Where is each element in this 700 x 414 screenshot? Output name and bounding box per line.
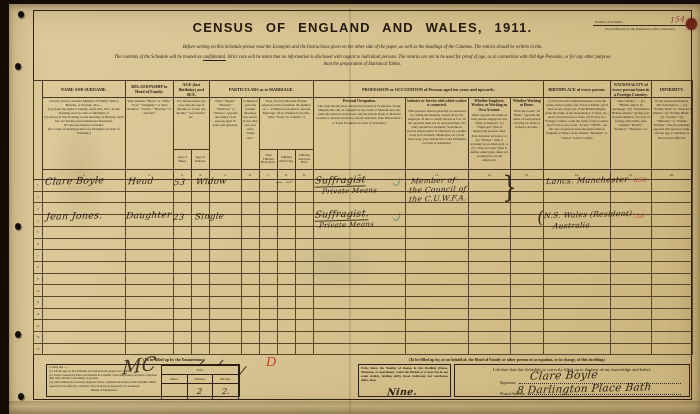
table-row: 8: [33, 261, 692, 273]
instruction-line-1: Before writing on this Schedule please r…: [42, 44, 683, 51]
entry-occupation: Suffragist: [314, 174, 366, 187]
entry-cell: [173, 238, 191, 250]
entry-cell: [259, 261, 277, 273]
entry-cell: [259, 308, 277, 320]
entry-cell: [241, 238, 259, 250]
col-name-desc: of every Person, whether Member of Famil…: [42, 98, 125, 170]
red-check-letter: D: [266, 355, 276, 371]
entry-cell: [259, 250, 277, 262]
group-profession-title: PROFESSION or OCCUPATION of Persons aged…: [313, 81, 543, 98]
entry-cell: [173, 226, 191, 238]
row-number: 4: [33, 215, 42, 227]
bottom-section: (To be filled up by the Enumerator.) I c…: [34, 355, 691, 402]
col-infirmity-title: INFIRMITY.: [651, 81, 692, 98]
entry-cell: [543, 238, 610, 250]
entry-cell: [42, 273, 125, 285]
binder-hole: [18, 393, 24, 400]
rooms-box: Write below the Number of Rooms in this …: [358, 364, 451, 397]
entry-cell: [610, 285, 651, 297]
entry-cell: [313, 296, 405, 308]
entry-cell: [543, 332, 610, 344]
col-children-died-label: Children who have Died.: [295, 150, 313, 170]
entry-cell: [543, 285, 610, 297]
entry-cell: [313, 250, 405, 262]
entry-cell: [259, 320, 277, 332]
entry-cell: [510, 238, 543, 250]
entry-cell: [42, 285, 125, 297]
col-relationship-title: RELATIONSHIP to Head of Family.: [125, 81, 173, 98]
entry-cell: [313, 332, 405, 344]
entry-cell: [295, 180, 313, 192]
schedule-number-box: Number of Schedule. 154 (To be filled up…: [593, 15, 687, 31]
entry-cell: [259, 343, 277, 355]
rooms-count-value: Nine.: [386, 387, 417, 400]
entry-cell: [209, 261, 241, 273]
entry-cell: [277, 296, 295, 308]
table-row: 12: [33, 308, 692, 320]
row-number: 6: [33, 238, 42, 250]
entry-cell: [468, 285, 510, 297]
declaration-section-header: (To be filled up by, or on behalf of, th…: [324, 357, 690, 362]
entry-cell: [468, 261, 510, 273]
entry-cell: [173, 296, 191, 308]
row-number: 7: [33, 250, 42, 262]
entry-cell: [277, 308, 295, 320]
entry-cell: [42, 320, 125, 332]
entry-age: 23: [173, 213, 185, 223]
entry-cell: [191, 320, 209, 332]
bottom-fold-shadow: [9, 401, 700, 414]
entry-cell: [651, 296, 692, 308]
entry-cell: [543, 343, 610, 355]
entry-cell: [241, 296, 259, 308]
group-age-title: AGE (last Birthday) and SEX.: [173, 81, 209, 98]
entry-cell: [241, 332, 259, 344]
entry-cell: [295, 343, 313, 355]
entry-cell: [610, 250, 651, 262]
entry-cell: [125, 285, 173, 297]
schedule-number-value: 154: [670, 14, 685, 25]
row-number: 1: [33, 180, 42, 192]
entry-cell: [405, 215, 468, 227]
entry-cell: [259, 273, 277, 285]
entry-cell: [42, 332, 125, 344]
entry-cell: [405, 285, 468, 297]
entry-cell: [277, 343, 295, 355]
row-number: 11: [33, 296, 42, 308]
enumerator-section-header: (To be filled up by the Enumerator.): [74, 357, 274, 362]
entry-cell: [510, 226, 543, 238]
entry-cell: [209, 285, 241, 297]
entry-cell: [191, 238, 209, 250]
entry-cell: [125, 191, 173, 203]
entry-cell: [651, 273, 692, 285]
entry-cell: [405, 343, 468, 355]
entry-cell: [173, 285, 191, 297]
entry-cell: [209, 191, 241, 203]
instruction-line-2: The contents of the Schedule will be tre…: [42, 54, 683, 61]
entry-cell: [241, 191, 259, 203]
entry-cell: [277, 215, 295, 227]
persons-value: 2.: [221, 387, 230, 396]
entry-cell: [173, 261, 191, 273]
col-infirmity-desc: If any person included in this Schedule …: [651, 98, 692, 170]
entry-cell: [510, 261, 543, 273]
entry-cell: [405, 203, 468, 215]
row-number: 9: [33, 273, 42, 285]
entry-cell: [651, 226, 692, 238]
entry-cell: [610, 226, 651, 238]
entry-occupation-note: Private Means: [322, 186, 378, 195]
signature-label: Signature: [500, 380, 516, 385]
col-nationality-desc: State whether :— (1) “British subject by…: [610, 98, 651, 170]
entry-cell: [405, 296, 468, 308]
entry-cell: [405, 226, 468, 238]
col-at-home-head: Whether Working at Home.Write the words …: [510, 98, 543, 170]
row-number-column-head: [33, 81, 42, 180]
entry-cell: [173, 308, 191, 320]
clerk-code-red: 859: [634, 177, 647, 184]
entry-cell: [468, 343, 510, 355]
entry-cell: [241, 226, 259, 238]
entry-cell: [209, 226, 241, 238]
entry-name: Clare Boyle: [44, 175, 104, 188]
entry-cell: [405, 332, 468, 344]
entry-cell: [173, 250, 191, 262]
entry-cell: [259, 238, 277, 250]
entry-age: 53: [174, 178, 186, 188]
entry-cell: [543, 191, 610, 203]
entry-cell: [259, 332, 277, 344]
entry-cell: [651, 320, 692, 332]
entry-cell: [468, 296, 510, 308]
row-number: 10: [33, 285, 42, 297]
entry-cell: [241, 180, 259, 192]
entry-cell: [191, 296, 209, 308]
entry-cell: [468, 238, 510, 250]
entry-name: Jean Jones.: [45, 210, 103, 223]
entry-cell: [468, 226, 510, 238]
entry-cell: [277, 226, 295, 238]
entry-cell: [651, 215, 692, 227]
entry-cell: [651, 250, 692, 262]
entry-marital-status: Single: [195, 212, 225, 223]
entry-cell: [405, 308, 468, 320]
declaration-box: I declare that this Schedule is correctl…: [454, 364, 690, 397]
schedule-number-note: (To be filled up by the Enumerator after…: [593, 26, 687, 31]
entry-children-dashes: — —: [276, 178, 294, 186]
entry-cell: [295, 238, 313, 250]
entry-cell: [277, 332, 295, 344]
col-birthplace-title: BIRTHPLACE of every person.: [543, 81, 610, 98]
entry-cell: [191, 308, 209, 320]
entry-cell: [241, 285, 259, 297]
entry-cell: [610, 343, 651, 355]
entry-cell: [125, 250, 173, 262]
binder-hole: [15, 223, 21, 230]
entry-cell: [241, 203, 259, 215]
entry-cell: [543, 308, 610, 320]
entry-cell: [277, 191, 295, 203]
entry-cell: [510, 273, 543, 285]
entry-cell: [277, 320, 295, 332]
entry-cell: [543, 273, 610, 285]
col-marital-desc: Write “Single,” “Married,” “Widower,” or…: [209, 98, 241, 170]
entry-cell: [313, 261, 405, 273]
entry-cell: [209, 238, 241, 250]
signature-value: Clare Boyle: [529, 368, 598, 383]
entry-cell: [295, 191, 313, 203]
entry-cell: [543, 250, 610, 262]
entry-cell: [42, 261, 125, 273]
entry-cell: [125, 320, 173, 332]
entry-cell: [295, 285, 313, 297]
entry-cell: [191, 191, 209, 203]
initials-of-enumerator-label: Initials of Enumerator: [49, 389, 159, 393]
census-schedule-scan: CENSUS OF ENGLAND AND WALES, 1911. Numbe…: [0, 0, 700, 414]
entry-cell: [468, 308, 510, 320]
row-number: 12: [33, 308, 42, 320]
entry-cell: [295, 250, 313, 262]
col-name-title: NAME AND SURNAME.: [42, 81, 125, 98]
females-label: Females.: [187, 375, 213, 384]
entry-cell: [468, 215, 510, 227]
entry-cell: [313, 320, 405, 332]
schedule-number-label: Number of Schedule.: [595, 20, 623, 24]
entry-cell: [209, 332, 241, 344]
entry-cell: [468, 250, 510, 262]
entry-cell: [259, 285, 277, 297]
entry-cell: [295, 226, 313, 238]
entry-cell: [241, 273, 259, 285]
entry-cell: [295, 273, 313, 285]
instructions: Before writing on this Schedule please r…: [34, 41, 691, 80]
entry-cell: [610, 238, 651, 250]
entry-cell: [313, 238, 405, 250]
col-ages-females-label: Ages of Females.: [191, 150, 209, 170]
entry-cell: [259, 203, 277, 215]
col-nationality-title: NATIONALITY of every person born in a Fo…: [610, 81, 651, 98]
entry-cell: [405, 238, 468, 250]
entry-cell: [651, 332, 692, 344]
col-birthplace-desc: (1) If born in the United Kingdom, write…: [543, 98, 610, 170]
ink-brace: }: [502, 173, 517, 203]
entry-cell: [42, 250, 125, 262]
entry-cell: [125, 308, 173, 320]
row-number: 8: [33, 261, 42, 273]
entry-cell: [191, 332, 209, 344]
entry-industry-line: the C.U.W.F.A.: [409, 193, 468, 204]
entry-cell: [191, 273, 209, 285]
row-number: 3: [33, 203, 42, 215]
entry-cell: [259, 215, 277, 227]
entry-cell: [173, 343, 191, 355]
entry-cell: [241, 215, 259, 227]
binder-hole: [18, 11, 24, 18]
entry-cell: [277, 285, 295, 297]
entry-cell: [191, 226, 209, 238]
entry-cell: [209, 273, 241, 285]
entry-cell: [42, 191, 125, 203]
binder-hole: [15, 63, 21, 70]
entry-cell: [651, 285, 692, 297]
col-children-living-label: Children still Living.: [277, 150, 295, 170]
table-row: 7: [33, 250, 692, 262]
entry-cell: [241, 320, 259, 332]
entry-cell: [610, 332, 651, 344]
entry-cell: [543, 261, 610, 273]
entry-cell: [610, 191, 651, 203]
females-value: 2: [197, 387, 203, 396]
entry-cell: [468, 273, 510, 285]
entry-cell: [510, 332, 543, 344]
entry-cell: [295, 261, 313, 273]
entry-cell: [42, 226, 125, 238]
col-employer-head: Whether Employer, Worker, or Working on …: [468, 98, 510, 170]
entry-cell: [42, 343, 125, 355]
entry-cell: [468, 332, 510, 344]
table-row: 9: [33, 273, 692, 285]
masthead: CENSUS OF ENGLAND AND WALES, 1911. Numbe…: [34, 11, 691, 41]
row-number: 5: [33, 226, 42, 238]
entry-cell: [405, 320, 468, 332]
col-relationship-desc: State whether “Head,” or “Wife,” “Son,” …: [125, 98, 173, 170]
col-children-born-label: Total Children Born Alive.: [259, 150, 277, 170]
col-children-desc: State, for each Married Woman entered on…: [259, 98, 313, 150]
entry-cell: [241, 343, 259, 355]
entry-cell: [191, 343, 209, 355]
row-number: 2: [33, 191, 42, 203]
entry-cell: [277, 250, 295, 262]
table-row: 6: [33, 238, 692, 250]
entry-cell: [543, 320, 610, 332]
entry-cell: [610, 308, 651, 320]
entry-cell: [510, 250, 543, 262]
entry-cell: [543, 296, 610, 308]
entry-cell: [259, 296, 277, 308]
entry-cell: [125, 238, 173, 250]
entry-cell: [259, 191, 277, 203]
entry-cell: [651, 261, 692, 273]
entry-cell: [191, 261, 209, 273]
entry-cell: [209, 296, 241, 308]
totals-table: Total. Males. Females. Persons. 2 2.: [161, 365, 239, 400]
table-row: 13: [33, 320, 692, 332]
col-industry-head: Industry or Service with which worker is…: [405, 98, 468, 170]
entry-cell: [295, 332, 313, 344]
entry-cell: [173, 273, 191, 285]
entry-relationship: Head: [128, 177, 154, 188]
entry-cell: [510, 320, 543, 332]
col-occupation-head: Personal Occupation.The reply should sho…: [313, 98, 405, 170]
entry-occupation-note: Private Means: [319, 220, 375, 229]
entry-cell: [277, 203, 295, 215]
col-ages-males-label: Ages of Males.: [173, 150, 191, 170]
entry-cell: [651, 238, 692, 250]
entry-cell: [510, 285, 543, 297]
entry-cell: [651, 191, 692, 203]
entry-cell: [405, 250, 468, 262]
entry-cell: [313, 273, 405, 285]
entry-cell: [209, 308, 241, 320]
entry-marital-status: Widow: [196, 177, 228, 188]
table-row: 14: [33, 332, 692, 344]
clerk-code-red: 738: [632, 213, 645, 220]
row-number: 15: [33, 343, 42, 355]
entry-cell: [313, 285, 405, 297]
entry-cell: [313, 308, 405, 320]
entry-cell: [173, 332, 191, 344]
entry-cell: [209, 343, 241, 355]
row-number: 13: [33, 320, 42, 332]
entry-cell: [295, 296, 313, 308]
entry-cell: [610, 296, 651, 308]
entry-cell: [42, 238, 125, 250]
instruction-line-3: than the preparation of Statistical Tabl…: [42, 61, 683, 68]
entry-cell: [125, 296, 173, 308]
col-years-married-desc: Completed years the present Marriage has…: [241, 98, 259, 170]
confidential-underlined: confidential.: [203, 55, 227, 61]
entry-cell: [651, 203, 692, 215]
entry-cell: [191, 285, 209, 297]
entry-cell: [191, 250, 209, 262]
entry-cell: [259, 226, 277, 238]
entry-relationship: Daughter: [126, 210, 173, 221]
entry-cell: [173, 191, 191, 203]
entry-cell: [510, 343, 543, 355]
entry-cell: [241, 261, 259, 273]
males-label: Males.: [162, 375, 188, 384]
entry-cell: [241, 308, 259, 320]
entry-cell: [313, 343, 405, 355]
entry-cell: [125, 273, 173, 285]
entry-cell: [241, 250, 259, 262]
entry-birthplace: Australia: [553, 221, 591, 231]
entry-cell: [610, 261, 651, 273]
rooms-instruction: Write below the Number of Rooms in this …: [361, 366, 448, 382]
entry-cell: [510, 308, 543, 320]
col-age-desc: For Infants under one year state the age…: [173, 98, 209, 150]
entry-cell: [125, 226, 173, 238]
entry-cell: [209, 320, 241, 332]
binder-hole: [15, 331, 21, 338]
entry-cell: [125, 332, 173, 344]
table-row: 10: [33, 285, 692, 297]
entry-cell: [125, 261, 173, 273]
entry-cell: [510, 296, 543, 308]
persons-label: Persons.: [213, 375, 239, 384]
entry-cell: [295, 320, 313, 332]
entry-cell: [651, 343, 692, 355]
totals-header: Total.: [162, 366, 239, 375]
entry-cell: [277, 238, 295, 250]
entry-cell: [405, 261, 468, 273]
entry-cell: [610, 273, 651, 285]
form-border: CENSUS OF ENGLAND AND WALES, 1911. Numbe…: [33, 10, 692, 400]
entry-cell: [651, 308, 692, 320]
entry-cell: [42, 296, 125, 308]
table-row: 11: [33, 296, 692, 308]
census-table-body: 123456789101112131415: [33, 180, 692, 355]
entry-cell: [651, 180, 692, 192]
males-value: [162, 384, 188, 400]
entry-cell: [173, 320, 191, 332]
entry-cell: [405, 273, 468, 285]
group-marriage-title: PARTICULARS as to MARRIAGE.: [209, 81, 313, 98]
entry-cell: [277, 273, 295, 285]
entry-cell: [468, 320, 510, 332]
entry-cell: [295, 215, 313, 227]
